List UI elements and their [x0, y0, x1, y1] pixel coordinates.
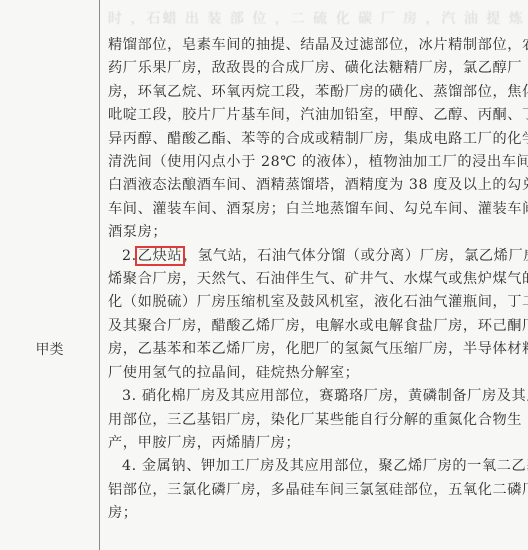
document-page: 时 ，石蜡 出 装 部 位 ，二 硫 化 碳 厂 房 ，汽 油 提 炼 厂 ，石…	[0, 0, 528, 550]
text-line: 铝部位，三氯化磷厂房，多晶硅车间三氯氢硅部位，五氧化二磷厂	[108, 479, 524, 502]
text-line: 吡啶工段，胶片厂片基车间，汽油加铅室，甲醇、乙醇、丙酮、丁酮	[108, 104, 524, 127]
item-number: 2.	[122, 248, 137, 264]
category-cell: 甲类	[0, 339, 99, 359]
text-line: 酒泵房；	[108, 221, 524, 244]
text-line: 化（如脱硫）厂房压缩机室及鼓风机室，液化石油气灌瓶间，丁二烯	[108, 291, 524, 314]
highlighted-term: 乙炔站	[137, 248, 183, 264]
item-4-first-line: 4. 金属钠、钾加工厂房及其应用部位，聚乙烯厂房的一氧二乙基	[108, 455, 524, 478]
text-fragment: ，氢气站，石油气体分馏（或分离）厂房，氯乙烯厂房，乙	[183, 248, 528, 264]
text-line: 及其聚合厂房，醋酸乙烯厂房，电解水或电解食盐厂房，环己酮厂	[108, 315, 524, 338]
description-cell: 精馏部位，皂素车间的抽提、结晶及过滤部位，冰片精制部位，农 药厂乐果厂房，敌敌畏…	[108, 34, 524, 526]
bleed-through-text: 时 ，石蜡 出 装 部 位 ，二 硫 化 碳 厂 房 ，汽 油 提 炼 厂 ，石…	[108, 8, 528, 30]
text-line: 厂使用氢气的拉晶间，硅烷热分解室；	[108, 362, 524, 385]
text-line: 清洗间（使用闪点小于 28℃ 的液体），植物油加工厂的浸出车间；	[108, 151, 524, 174]
text-line: 房，乙基苯和苯乙烯厂房，化肥厂的氢氮气压缩厂房，半导体材料	[108, 338, 524, 361]
table-column-divider	[99, 0, 100, 550]
text-line: 产，甲胺厂房，丙烯腈厂房；	[108, 432, 524, 455]
text-line: 烯聚合厂房，天然气、石油伴生气、矿井气、水煤气或焦炉煤气的净	[108, 268, 524, 291]
text-line: 房；	[108, 502, 524, 525]
item-2-first-line: 2.乙炔站，氢气站，石油气体分馏（或分离）厂房，氯乙烯厂房，乙	[108, 245, 524, 268]
text-line: 房，环氧乙烷、环氧丙烷工段，苯酚厂房的磺化、蒸馏部位，焦化厂	[108, 81, 524, 104]
text-line: 药厂乐果厂房，敌敌畏的合成厂房、磺化法糖精厂房，氯乙醇厂	[108, 57, 524, 80]
text-line: 精馏部位，皂素车间的抽提、结晶及过滤部位，冰片精制部位，农	[108, 34, 524, 57]
text-line: 车间、灌装车间、酒泵房；白兰地蒸馏车间、勾兑车间、灌装车间、	[108, 198, 524, 221]
text-line: 用部位，三乙基铝厂房，染化厂某些能自行分解的重氮化合物生	[108, 409, 524, 432]
item-3-first-line: 3. 硝化棉厂房及其应用部位，赛璐珞厂房，黄磷制备厂房及其应	[108, 385, 524, 408]
text-line: 异丙醇、醋酸乙酯、苯等的合成或精制厂房，集成电路工厂的化学	[108, 128, 524, 151]
text-line: 白酒液态法酿酒车间、酒精蒸馏塔，酒精度为 38 度及以上的勾兑	[108, 174, 524, 197]
